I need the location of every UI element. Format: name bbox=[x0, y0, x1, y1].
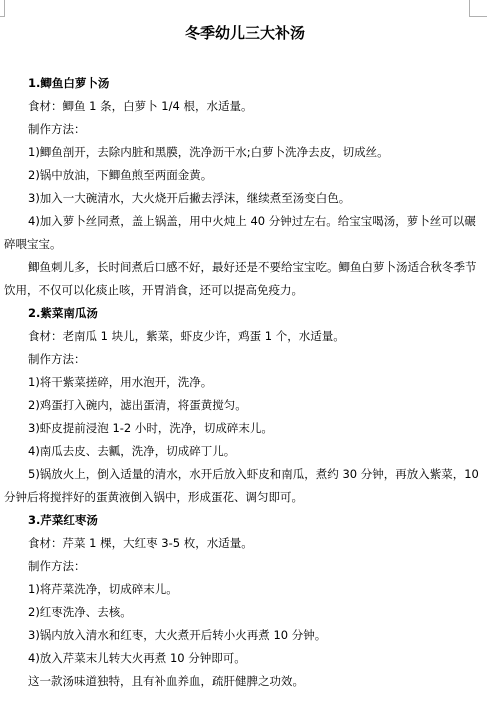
document-body: 1.鲫鱼白萝卜汤 食材：鲫鱼 1 条，白萝卜 1/4 根，水适量。 制作方法： … bbox=[4, 72, 482, 693]
step-line: 1)将干紫菜搓碎，用水泡开，洗净。 bbox=[4, 371, 482, 394]
section-heading: 1.鲫鱼白萝卜汤 bbox=[4, 72, 482, 95]
step-line: 2)红枣洗净、去核。 bbox=[4, 601, 482, 624]
document-title: 冬季幼儿三大补汤 bbox=[0, 22, 490, 43]
ingredients-line: 食材：老南瓜 1 块儿，紫菜，虾皮少许，鸡蛋 1 个，水适量。 bbox=[4, 325, 482, 348]
step-line: 4)加入萝卜丝同煮，盖上锅盖，用中火炖上 40 分钟过左右。给宝宝喝汤，萝卜丝可… bbox=[4, 210, 482, 256]
step-line: 3)虾皮提前浸泡 1-2 小时，洗净，切成碎末儿。 bbox=[4, 417, 482, 440]
note-paragraph: 这一款汤味道独特，且有补血养血，疏肝健脾之功效。 bbox=[4, 670, 482, 693]
step-line: 3)加入一大碗清水，大火烧开后撇去浮沫，继续煮至汤变白色。 bbox=[4, 187, 482, 210]
section-heading: 3.芹菜红枣汤 bbox=[4, 509, 482, 532]
step-line: 2)鸡蛋打入碗内，滤出蛋清，将蛋黄搅匀。 bbox=[4, 394, 482, 417]
ingredients-line: 食材：鲫鱼 1 条，白萝卜 1/4 根，水适量。 bbox=[4, 95, 482, 118]
step-line: 4)南瓜去皮、去瓤，洗净，切成碎丁儿。 bbox=[4, 440, 482, 463]
step-line: 1)将芹菜洗净，切成碎末儿。 bbox=[4, 578, 482, 601]
page-corner-mark-right bbox=[469, 0, 487, 17]
step-line: 1)鲫鱼剖开，去除内脏和黑膜，洗净沥干水;白萝卜洗净去皮，切成丝。 bbox=[4, 141, 482, 164]
method-label: 制作方法： bbox=[4, 118, 482, 141]
step-line: 4)放入芹菜末儿转大火再煮 10 分钟即可。 bbox=[4, 647, 482, 670]
note-paragraph: 鲫鱼刺儿多，长时间煮后口感不好，最好还是不要给宝宝吃。鲫鱼白萝卜汤适合秋冬季节饮… bbox=[4, 256, 482, 302]
step-line: 2)锅中放油，下鲫鱼煎至两面金黄。 bbox=[4, 164, 482, 187]
step-line: 5)锅放火上，倒入适量的清水，水开后放入虾皮和南瓜，煮约 30 分钟，再放入紫菜… bbox=[4, 463, 482, 509]
ingredients-line: 食材：芹菜 1 棵，大红枣 3-5 枚，水适量。 bbox=[4, 532, 482, 555]
method-label: 制作方法： bbox=[4, 555, 482, 578]
method-label: 制作方法： bbox=[4, 348, 482, 371]
page-corner-mark-left bbox=[0, 0, 5, 17]
section-heading: 2.紫菜南瓜汤 bbox=[4, 302, 482, 325]
step-line: 3)锅内放入清水和红枣，大火煮开后转小火再煮 10 分钟。 bbox=[4, 624, 482, 647]
